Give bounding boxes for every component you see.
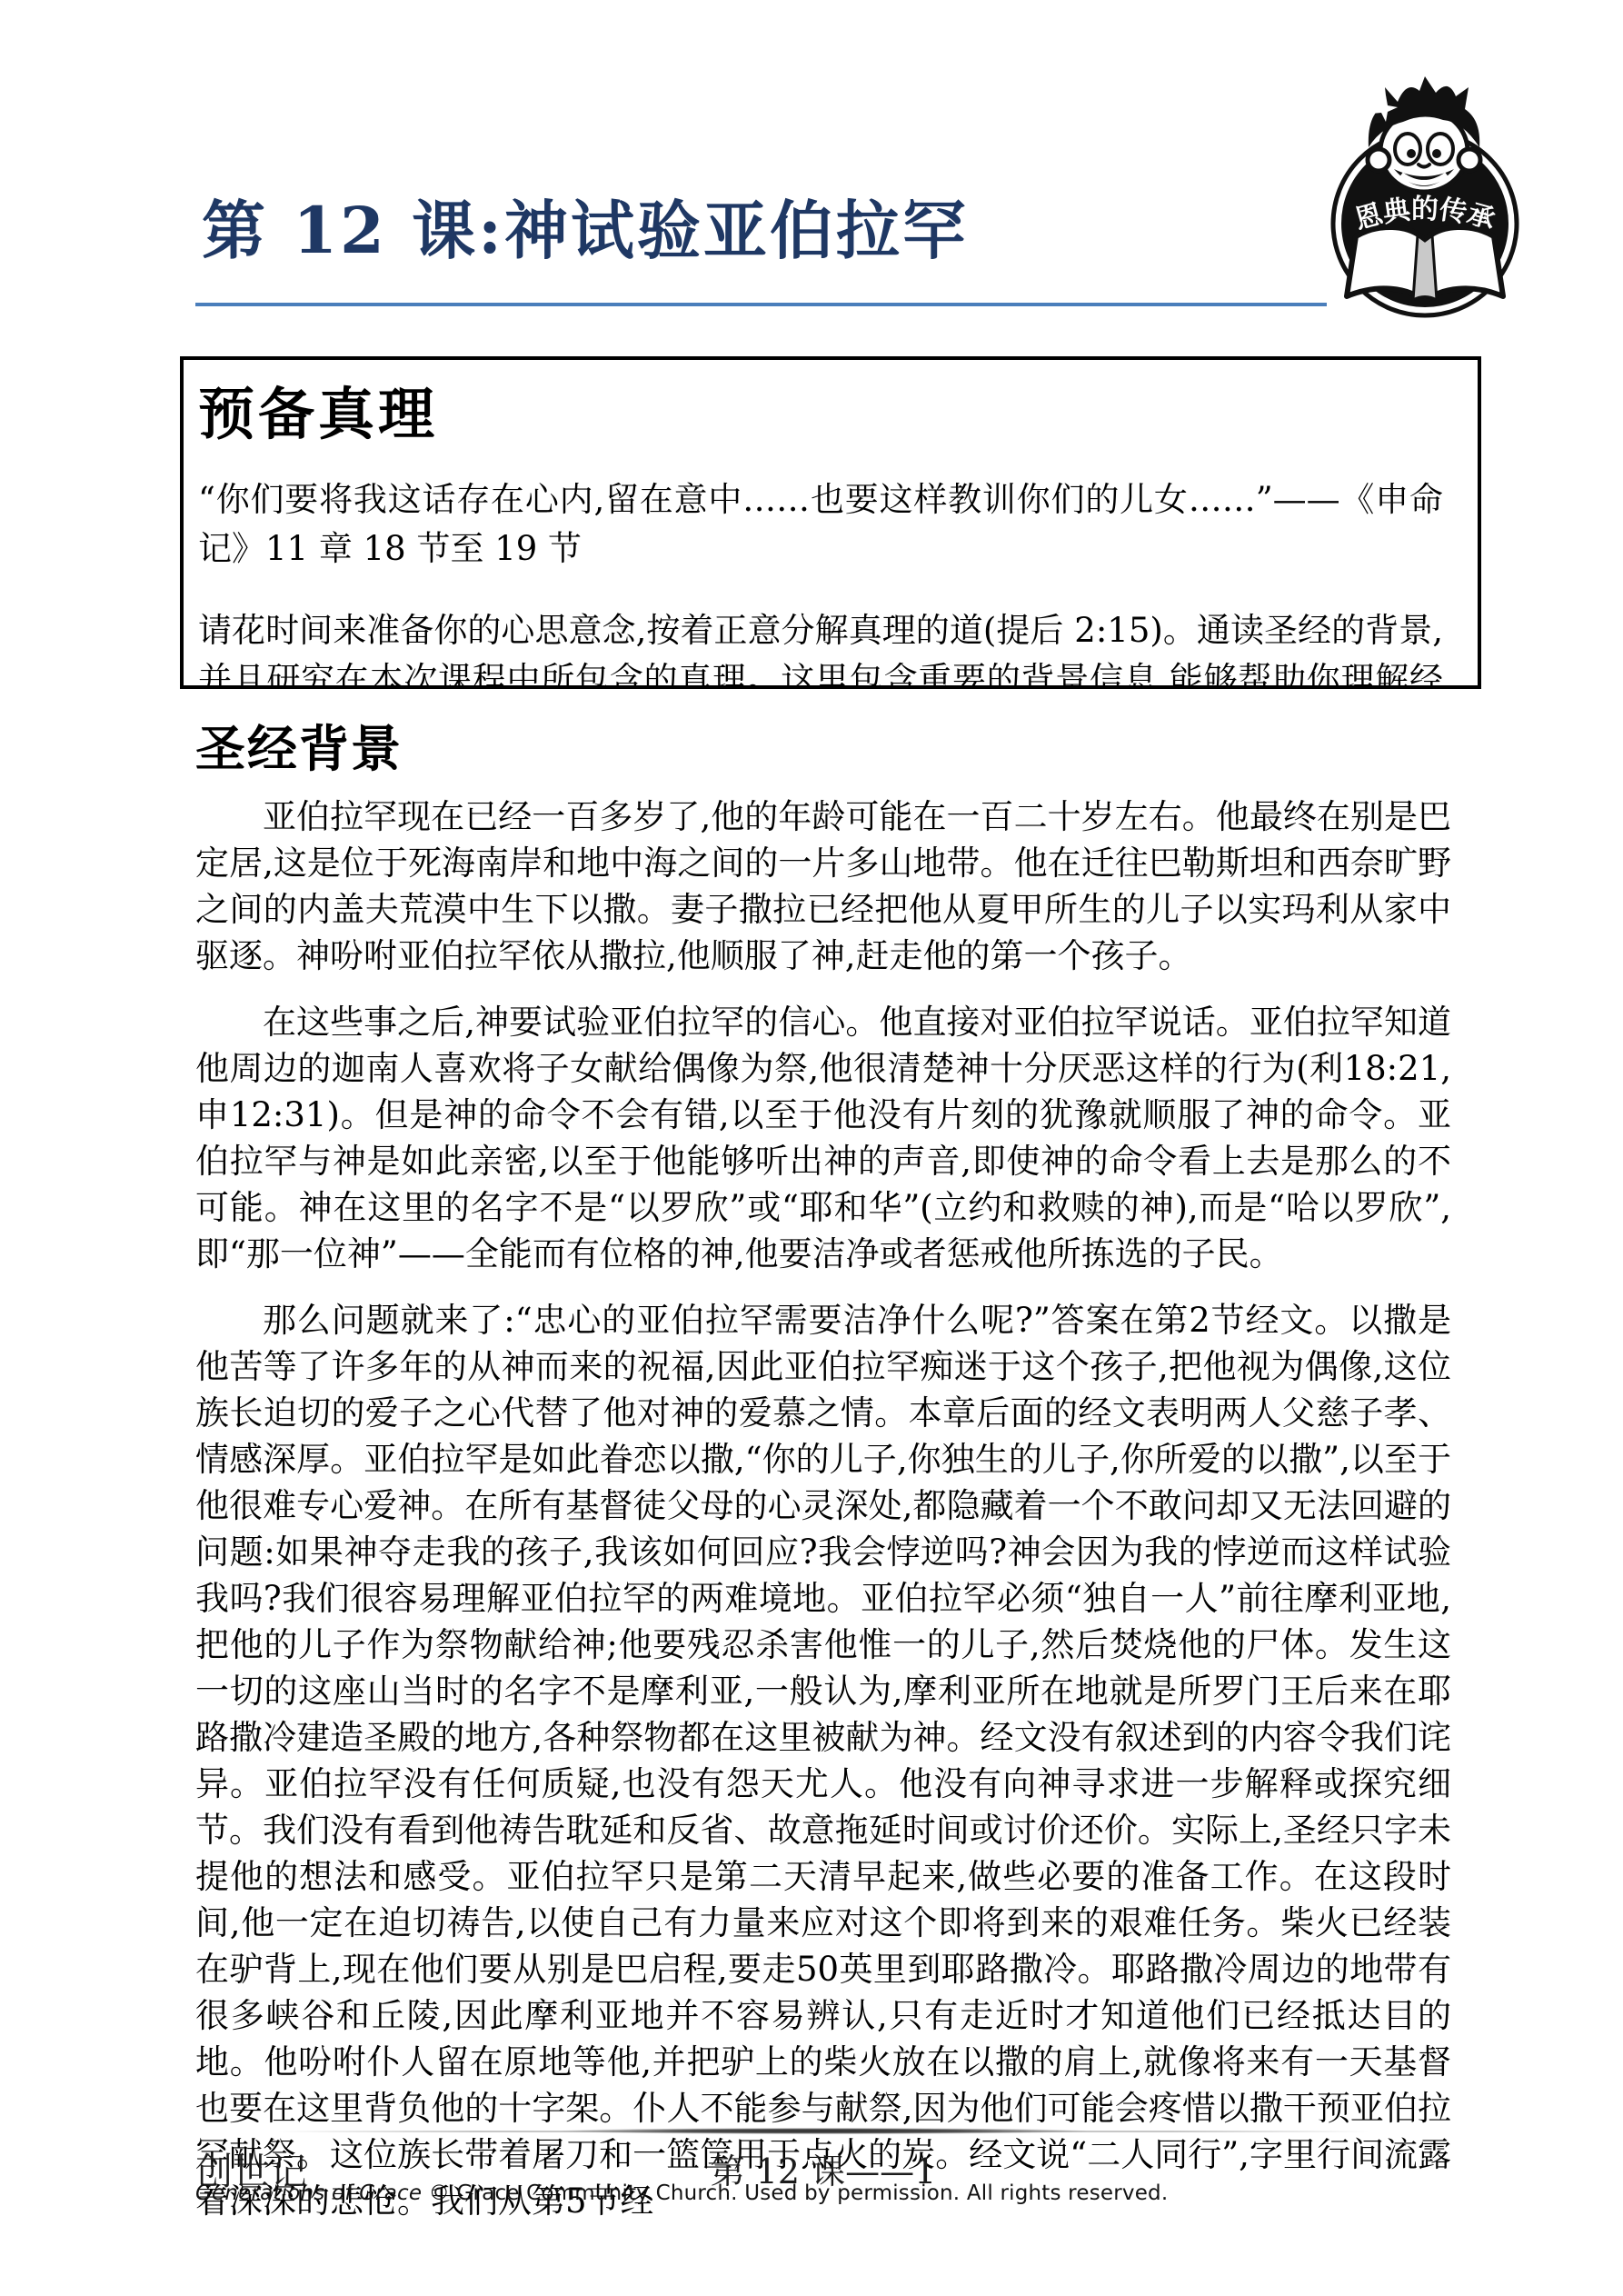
open-book-icon bbox=[1347, 227, 1503, 302]
prepare-truth-heading: 预备真理 bbox=[198, 369, 1443, 450]
background-paragraph-1: 亚伯拉罕现在已经一百多岁了,他的年龄可能在一百二十岁左右。他最终在别是巴定居,这… bbox=[195, 794, 1451, 979]
footer-copyright: Generations of Grace © Grace Community C… bbox=[195, 2181, 1168, 2205]
footer: 创世记 第 12 课——1 bbox=[195, 2141, 1451, 2185]
background-paragraph-3: 那么问题就来了:“忠心的亚伯拉罕需要洁净什么呢?”答案在第2节经文。以撒是他苦等… bbox=[195, 1297, 1451, 2224]
prepare-truth-instructions: 请花时间来准备你的心思意念,按着正意分解真理的道(提后 2:15)。通读圣经的背… bbox=[198, 606, 1443, 689]
logo-graphic: 恩典的传承 bbox=[1327, 76, 1525, 322]
page-title: 第 12 课:神试验亚伯拉罕 bbox=[202, 180, 969, 272]
copyright-series-title: Generations of Grace bbox=[195, 2181, 422, 2205]
memory-verse-quote: “你们要将我这话存在心内,留在意中……也要这样教训你们的儿女……”——《申命记》… bbox=[198, 475, 1443, 574]
copyright-text: © Grace Community Church. Used by permis… bbox=[422, 2181, 1168, 2205]
background-paragraph-2: 在这些事之后,神要试验亚伯拉罕的信心。他直接对亚伯拉罕说话。亚伯拉罕知道他周边的… bbox=[195, 999, 1451, 1277]
generations-of-grace-logo: 恩典的传承 bbox=[1327, 76, 1525, 322]
document-page: 第 12 课:神试验亚伯拉罕 bbox=[0, 0, 1623, 2296]
bible-background-section: 圣经背景 亚伯拉罕现在已经一百多岁了,他的年龄可能在一百二十岁左右。他最终在别是… bbox=[195, 709, 1451, 2244]
footer-divider bbox=[195, 2127, 1451, 2136]
prepare-truth-box: 预备真理 “你们要将我这话存在心内,留在意中……也要这样教训你们的儿女……”——… bbox=[180, 356, 1481, 689]
footer-divider-center-line bbox=[560, 2128, 1087, 2134]
title-underline bbox=[195, 303, 1327, 306]
bible-background-heading: 圣经背景 bbox=[195, 709, 1451, 781]
